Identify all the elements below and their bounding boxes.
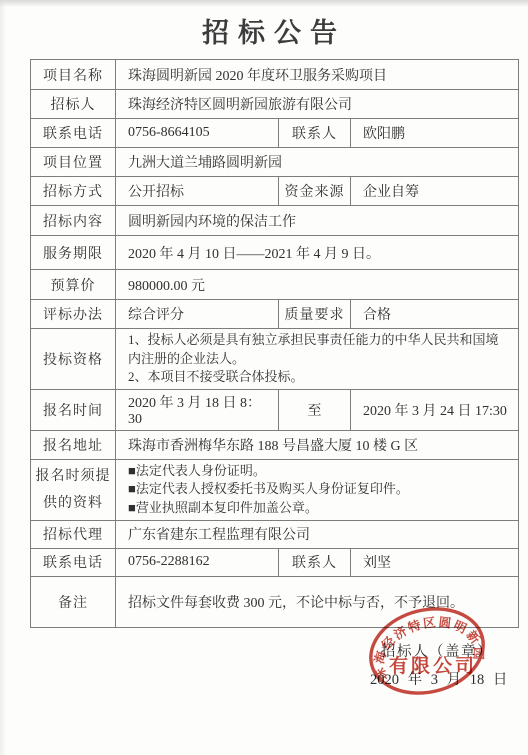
row-label-reg-address: 报名地址 — [31, 430, 116, 459]
cell-content: 圆明新园内环境的保洁工作 — [116, 206, 519, 236]
table-row: 报名地址 珠海市香洲梅华东路 188 号昌盛大厦 10 楼 G 区 — [31, 430, 519, 459]
cell-reg-address: 珠海市香洲梅华东路 188 号昌盛大厦 10 楼 G 区 — [116, 430, 519, 459]
row-label-phone2: 联系电话 — [31, 548, 116, 576]
cell-quality: 合格 — [351, 300, 519, 329]
table-row: 评标办法 综合评分 质量要求 合格 — [31, 300, 519, 329]
cell-qualification: 1、投标人必须是具有独立承担民事责任能力的中华人民共和国境内注册的企业法人。 2… — [116, 329, 519, 390]
row-label-reg-time: 报名时间 — [31, 389, 116, 430]
qualification-item: 1、投标人必须是具有独立承担民事责任能力的中华人民共和国境内注册的企业法人。 — [128, 331, 510, 368]
cell-phone2: 0756-2288162 — [116, 548, 279, 576]
row-label-contact1: 联系人 — [279, 119, 351, 148]
page-title: 招标公告 — [30, 11, 518, 50]
row-label-reg-materials: 报名时须提 供的资料 — [31, 459, 116, 520]
table-row: 项目位置 九洲大道兰埔路圆明新园 — [31, 148, 519, 177]
reg-materials-item: ■营业执照副本复印件加盖公章。 — [128, 499, 510, 518]
table-row: 联系电话 0756-8664105 联系人 欧阳鹏 — [31, 119, 519, 148]
row-label-tenderer: 招标人 — [31, 90, 116, 119]
cell-contact2: 刘坚 — [351, 548, 519, 576]
table-row: 报名时须提 供的资料 ■法定代表人身份证明。 ■法定代表人授权委托书及购买人身份… — [31, 459, 519, 520]
table-row: 招标内容 圆明新园内环境的保洁工作 — [31, 206, 519, 236]
qualification-item: 2、本项目不接受联合体投标。 — [128, 368, 510, 387]
cell-service-period: 2020 年 4 月 10 日——2021 年 4 月 9 日。 — [116, 236, 519, 270]
row-label-method: 招标方式 — [31, 177, 116, 206]
table-row: 报名时间 2020 年 3 月 18 日 8：30 至 2020 年 3 月 2… — [31, 389, 519, 430]
cell-contact1: 欧阳鹏 — [351, 119, 519, 148]
cell-reg-time-end: 2020 年 3 月 24 日 17:30 — [351, 389, 519, 430]
document-body: 招标公告 项目名称 珠海圆明新园 2020 年度环卫服务采购项目 招标人 珠海经… — [0, 0, 528, 628]
row-label-funding: 资金来源 — [279, 177, 351, 206]
reg-materials-item: ■法定代表人身份证明。 — [128, 462, 510, 481]
tender-info-table: 项目名称 珠海圆明新园 2020 年度环卫服务采购项目 招标人 珠海经济特区圆明… — [30, 59, 519, 628]
row-label-contact2: 联系人 — [279, 548, 351, 576]
signature-label: 招标人（盖章） — [381, 640, 493, 661]
cell-reg-time-start: 2020 年 3 月 18 日 8：30 — [116, 389, 279, 430]
cell-tenderer: 珠海经济特区圆明新园旅游有限公司 — [116, 90, 519, 119]
cell-location: 九洲大道兰埔路圆明新园 — [116, 148, 519, 177]
cell-remarks: 招标文件每套收费 300 元，不论中标与否，不予退回。 — [116, 576, 519, 627]
signature-date: 2020 年 3 月 18 日 — [370, 668, 507, 689]
row-label-remarks: 备注 — [31, 576, 116, 627]
row-label-budget: 预算价 — [31, 270, 116, 300]
reg-materials-label-line: 报名时须提 — [36, 469, 111, 484]
row-label-evaluation: 评标办法 — [31, 300, 116, 329]
cell-method: 公开招标 — [116, 177, 279, 206]
table-row: 招标代理 广东省建东工程监理有限公司 — [31, 520, 519, 548]
cell-reg-materials: ■法定代表人身份证明。 ■法定代表人授权委托书及购买人身份证复印件。 ■营业执照… — [116, 459, 519, 520]
table-row: 备注 招标文件每套收费 300 元，不论中标与否，不予退回。 — [31, 576, 519, 627]
cell-reg-time-to: 至 — [279, 389, 351, 430]
cell-budget: 980000.00 元 — [116, 270, 519, 300]
row-label-project-name: 项目名称 — [31, 60, 116, 90]
table-row: 招标人 珠海经济特区圆明新园旅游有限公司 — [31, 90, 519, 119]
row-label-content: 招标内容 — [31, 206, 116, 236]
row-label-quality: 质量要求 — [279, 300, 351, 329]
table-row: 服务期限 2020 年 4 月 10 日——2021 年 4 月 9 日。 — [31, 236, 519, 270]
cell-phone1: 0756-8664105 — [116, 119, 279, 148]
cell-evaluation: 综合评分 — [116, 300, 279, 329]
cell-agent: 广东省建东工程监理有限公司 — [116, 520, 519, 548]
row-label-agent: 招标代理 — [31, 520, 116, 548]
row-label-phone1: 联系电话 — [31, 119, 116, 148]
row-label-service-period: 服务期限 — [31, 236, 116, 270]
table-row: 联系电话 0756-2288162 联系人 刘坚 — [31, 548, 519, 576]
table-row: 预算价 980000.00 元 — [31, 270, 519, 300]
stamp-center-text: 有限公司 — [389, 651, 477, 678]
row-label-location: 项目位置 — [31, 148, 116, 177]
scanned-document-page: 招标公告 项目名称 珠海圆明新园 2020 年度环卫服务采购项目 招标人 珠海经… — [0, 0, 528, 755]
table-row: 招标方式 公开招标 资金来源 企业自筹 — [31, 177, 519, 206]
table-row: 项目名称 珠海圆明新园 2020 年度环卫服务采购项目 — [31, 60, 519, 90]
cell-project-name: 珠海圆明新园 2020 年度环卫服务采购项目 — [116, 60, 519, 90]
row-label-qualification: 投标资格 — [31, 329, 116, 390]
table-row: 投标资格 1、投标人必须是具有独立承担民事责任能力的中华人民共和国境内注册的企业… — [31, 329, 519, 390]
cell-funding: 企业自筹 — [351, 177, 519, 206]
reg-materials-label-line: 供的资料 — [43, 496, 103, 511]
reg-materials-item: ■法定代表人授权委托书及购买人身份证复印件。 — [128, 480, 510, 499]
